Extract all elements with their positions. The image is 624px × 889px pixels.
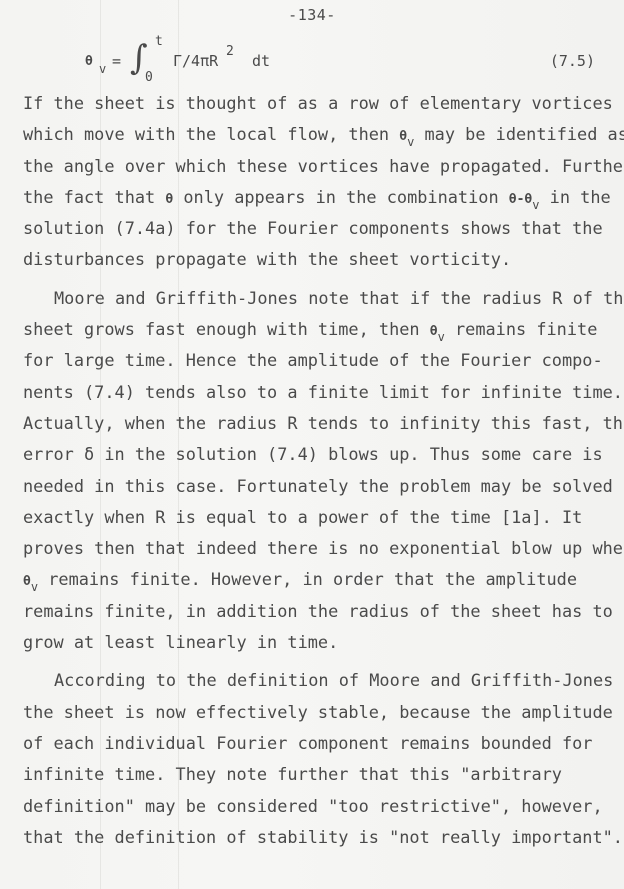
text-line: infinite time. They note further that th… [23,759,613,790]
text-line: for large time. Hence the amplitude of t… [23,345,613,376]
text-line: If the sheet is thought of as a row of e… [23,88,613,119]
paragraph-gap [23,276,613,283]
subscript-v: v [99,62,106,76]
paragraph: According to the definition of Moore and… [23,665,613,853]
text-line: sheet grows fast enough with time, then … [23,314,613,345]
subscript-v: v [31,580,38,594]
equation-number: (7.5) [550,52,595,70]
text-line: θv remains finite. However, in order tha… [23,564,613,595]
exponent: 2 [226,44,234,59]
text-line: needed in this case. Fortunately the pro… [23,471,613,502]
text-line: Moore and Griffith-Jones note that if th… [23,283,613,314]
text-line: remains finite, in addition the radius o… [23,596,613,627]
text-line: of each individual Fourier component rem… [23,728,613,759]
text-line: disturbances propagate with the sheet vo… [23,244,613,275]
text-line: which move with the local flow, then θv … [23,119,613,150]
theta-symbol: θ [165,192,173,207]
subscript-v: v [532,198,539,212]
text-line: the fact that θ only appears in the comb… [23,182,613,213]
integral-upper-limit: t [155,34,163,49]
body-text: If the sheet is thought of as a row of e… [23,88,613,853]
integral-lower-limit: 0 [145,70,153,85]
text-line: Actually, when the radius R tends to inf… [23,408,613,439]
page-number: -134- [0,6,624,24]
paragraph-gap [23,658,613,665]
theta-symbol: θ [23,574,31,589]
text-line: definition" may be considered "too restr… [23,791,613,822]
equals-sign: = [112,52,121,70]
theta-symbol: θ [85,54,93,69]
text-line: exactly when R is equal to a power of th… [23,502,613,533]
subscript-v: v [407,135,414,149]
text-line: proves then that indeed there is no expo… [23,533,613,564]
paragraph: If the sheet is thought of as a row of e… [23,88,613,276]
text-line: that the definition of stability is "not… [23,822,613,853]
equation-7-5: θ v = ∫ t 0 Γ/4πR 2 dt (7.5) [85,38,605,88]
theta-symbol: θ [430,324,438,339]
subscript-v: v [438,330,445,344]
differential: dt [252,52,270,70]
text-line: solution (7.4a) for the Fourier componen… [23,213,613,244]
text-line: error δ in the solution (7.4) blows up. … [23,439,613,470]
theta-symbol: θ [399,129,407,144]
paragraph: Moore and Griffith-Jones note that if th… [23,283,613,659]
integrand: Γ/4πR [173,52,218,70]
document-page: -134- θ v = ∫ t 0 Γ/4πR 2 dt (7.5) If th… [0,0,624,889]
theta-symbol: θ-θ [509,192,532,207]
text-line: the angle over which these vortices have… [23,151,613,182]
text-line: nents (7.4) tends also to a finite limit… [23,377,613,408]
text-line: the sheet is now effectively stable, bec… [23,697,613,728]
text-line: grow at least linearly in time. [23,627,613,658]
text-line: According to the definition of Moore and… [23,665,613,696]
